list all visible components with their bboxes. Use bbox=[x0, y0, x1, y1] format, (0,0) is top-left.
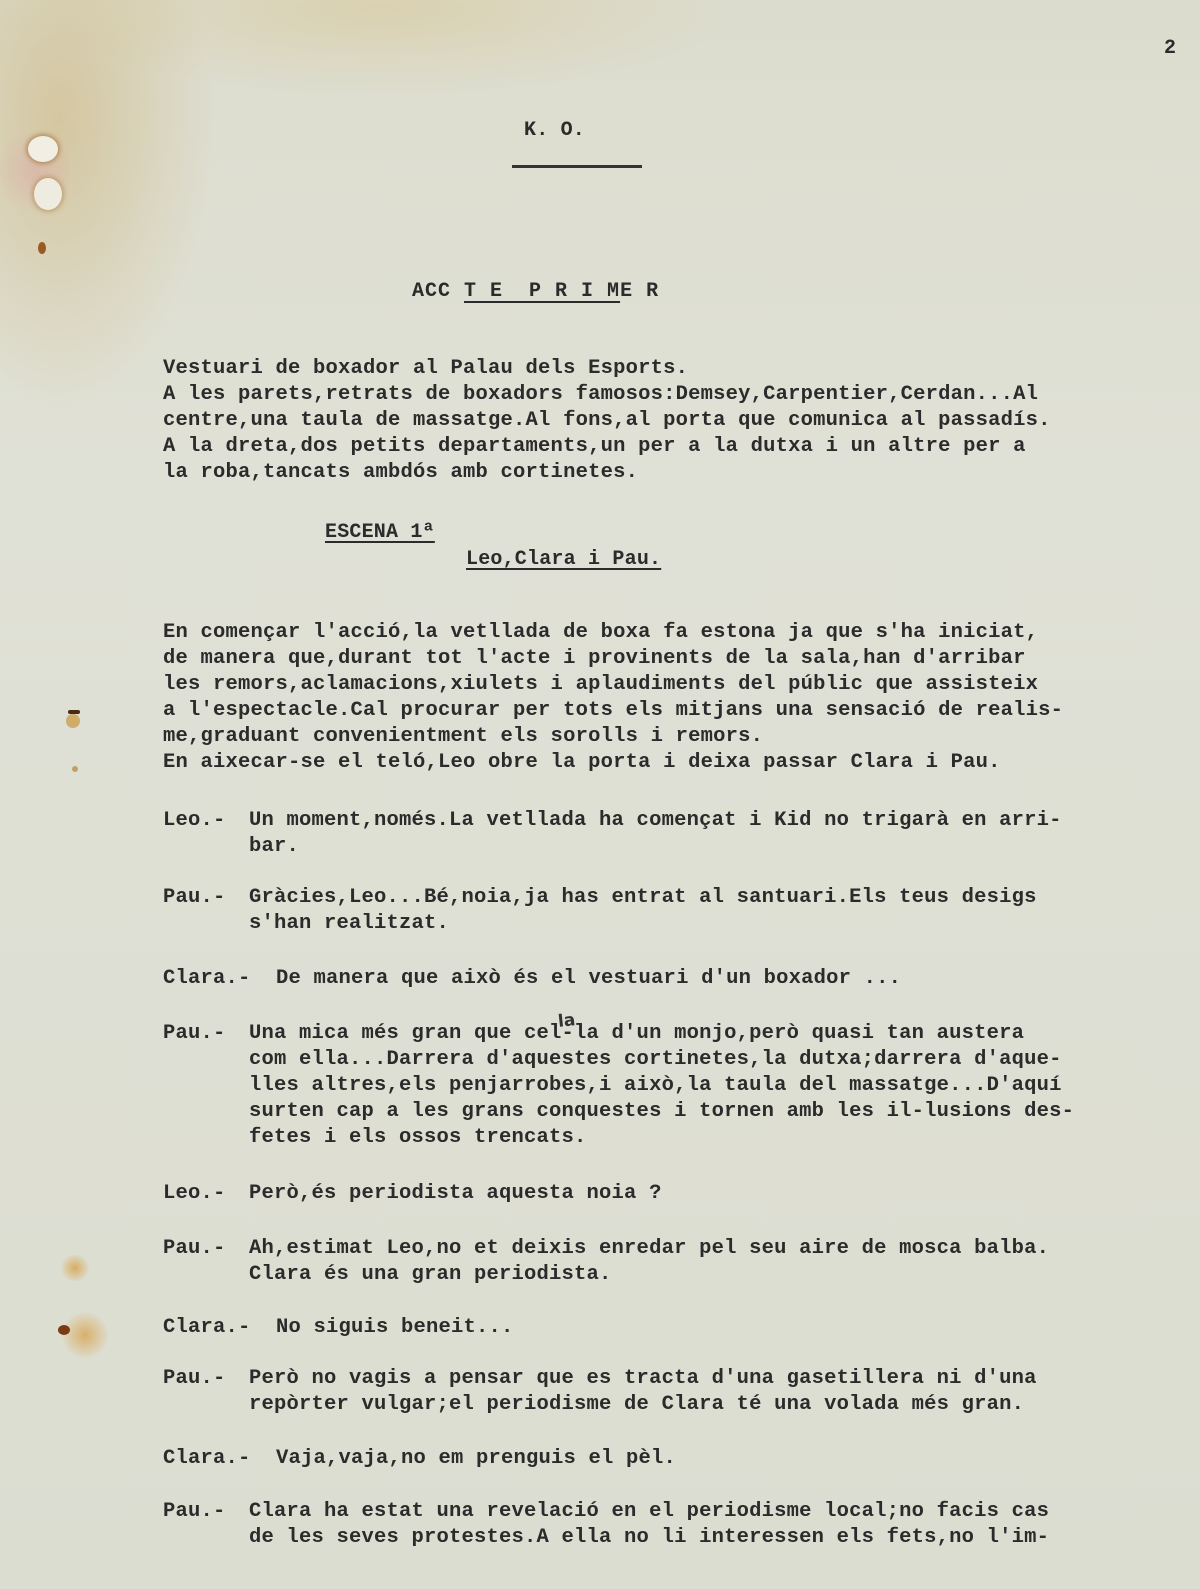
speech-line: s'han realitzat. bbox=[249, 911, 449, 937]
rust-spot bbox=[66, 714, 80, 728]
speaker: Clara.- bbox=[163, 1446, 251, 1472]
speech-line: Gràcies,Leo...Bé,noia,ja has entrat al s… bbox=[249, 885, 1037, 911]
hole-top-left-2 bbox=[34, 178, 62, 210]
scene-characters: Leo,Clara i Pau. bbox=[466, 547, 661, 573]
speech-line: Però,és periodista aquesta noia ? bbox=[249, 1181, 662, 1207]
speech-line: fetes i els ossos trencats. bbox=[249, 1125, 587, 1151]
rust-spot bbox=[72, 766, 78, 772]
speech-line: No siguis beneit... bbox=[276, 1315, 514, 1341]
speech-line: Però no vagis a pensar que es tracta d'u… bbox=[249, 1366, 1037, 1392]
speech-line: Vaja,vaja,no em prenguis el pèl. bbox=[276, 1446, 676, 1472]
play-title: K. O. bbox=[524, 118, 585, 144]
rust-stain-lower bbox=[62, 1312, 108, 1358]
scene-heading: ESCENA 1ª bbox=[325, 520, 435, 546]
water-stain-top-left bbox=[0, 120, 70, 220]
setting-line: Vestuari de boxador al Palau dels Esport… bbox=[163, 356, 688, 382]
act-heading: ACC T E P R I ME R bbox=[412, 279, 659, 305]
speech-line: Ah,estimat Leo,no et deixis enredar pel … bbox=[249, 1236, 1049, 1262]
speaker: Leo.- bbox=[163, 808, 226, 834]
speaker: Clara.- bbox=[163, 966, 251, 992]
rust-spot bbox=[58, 1325, 70, 1335]
speech-line: bar. bbox=[249, 834, 299, 860]
page-number: 2 bbox=[1164, 36, 1176, 62]
speech-line: lles altres,els penjarrobes,i això,la ta… bbox=[249, 1073, 1062, 1099]
setting-line: A la dreta,dos petits departaments,un pe… bbox=[163, 434, 1026, 460]
speaker: Pau.- bbox=[163, 1021, 226, 1047]
speech-line: Clara és una gran periodista. bbox=[249, 1262, 612, 1288]
setting-line: centre,una taula de massatge.Al fons,al … bbox=[163, 408, 1051, 434]
speech-line: De manera que això és el vestuari d'un b… bbox=[276, 966, 901, 992]
speaker: Pau.- bbox=[163, 1499, 226, 1525]
speech-line: Un moment,només.La vetllada ha començat … bbox=[249, 808, 1062, 834]
setting-line: la roba,tancats ambdós amb cortinetes. bbox=[163, 460, 638, 486]
setting-line: A les parets,retrats de boxadors famosos… bbox=[163, 382, 1038, 408]
speech-line: de les seves protestes.A ella no li inte… bbox=[249, 1525, 1049, 1551]
speech-line: Una mica més gran que cel-la d'un monjo,… bbox=[249, 1021, 1024, 1047]
rust-spot bbox=[68, 710, 80, 714]
direction-line: En començar l'acció,la vetllada de boxa … bbox=[163, 620, 1038, 646]
speech-line: repòrter vulgar;el periodisme de Clara t… bbox=[249, 1392, 1024, 1418]
speaker: Pau.- bbox=[163, 885, 226, 911]
direction-line: les remors,aclamacions,xiulets i aplaudi… bbox=[163, 672, 1038, 698]
speaker: Pau.- bbox=[163, 1236, 226, 1262]
rust-stain-lower bbox=[60, 1255, 90, 1281]
direction-line: a l'espectacle.Cal procurar per tots els… bbox=[163, 698, 1063, 724]
speech-line: com ella...Darrera d'aquestes cortinetes… bbox=[249, 1047, 1062, 1073]
direction-line: En aixecar-se el teló,Leo obre la porta … bbox=[163, 750, 1001, 776]
direction-line: me,graduant convenientment els sorolls i… bbox=[163, 724, 763, 750]
speech-line: surten cap a les grans conquestes i torn… bbox=[249, 1099, 1074, 1125]
rust-spot bbox=[38, 242, 46, 254]
speaker: Pau.- bbox=[163, 1366, 226, 1392]
speech-line: Clara ha estat una revelació en el perio… bbox=[249, 1499, 1049, 1525]
hole-top-left bbox=[28, 136, 58, 162]
speaker: Leo.- bbox=[163, 1181, 226, 1207]
scanned-page: 2 K. O. ACC T E P R I ME R Vestuari de b… bbox=[0, 0, 1200, 1589]
title-underline bbox=[512, 165, 642, 168]
direction-line: de manera que,durant tot l'acte i provin… bbox=[163, 646, 1026, 672]
speaker: Clara.- bbox=[163, 1315, 251, 1341]
